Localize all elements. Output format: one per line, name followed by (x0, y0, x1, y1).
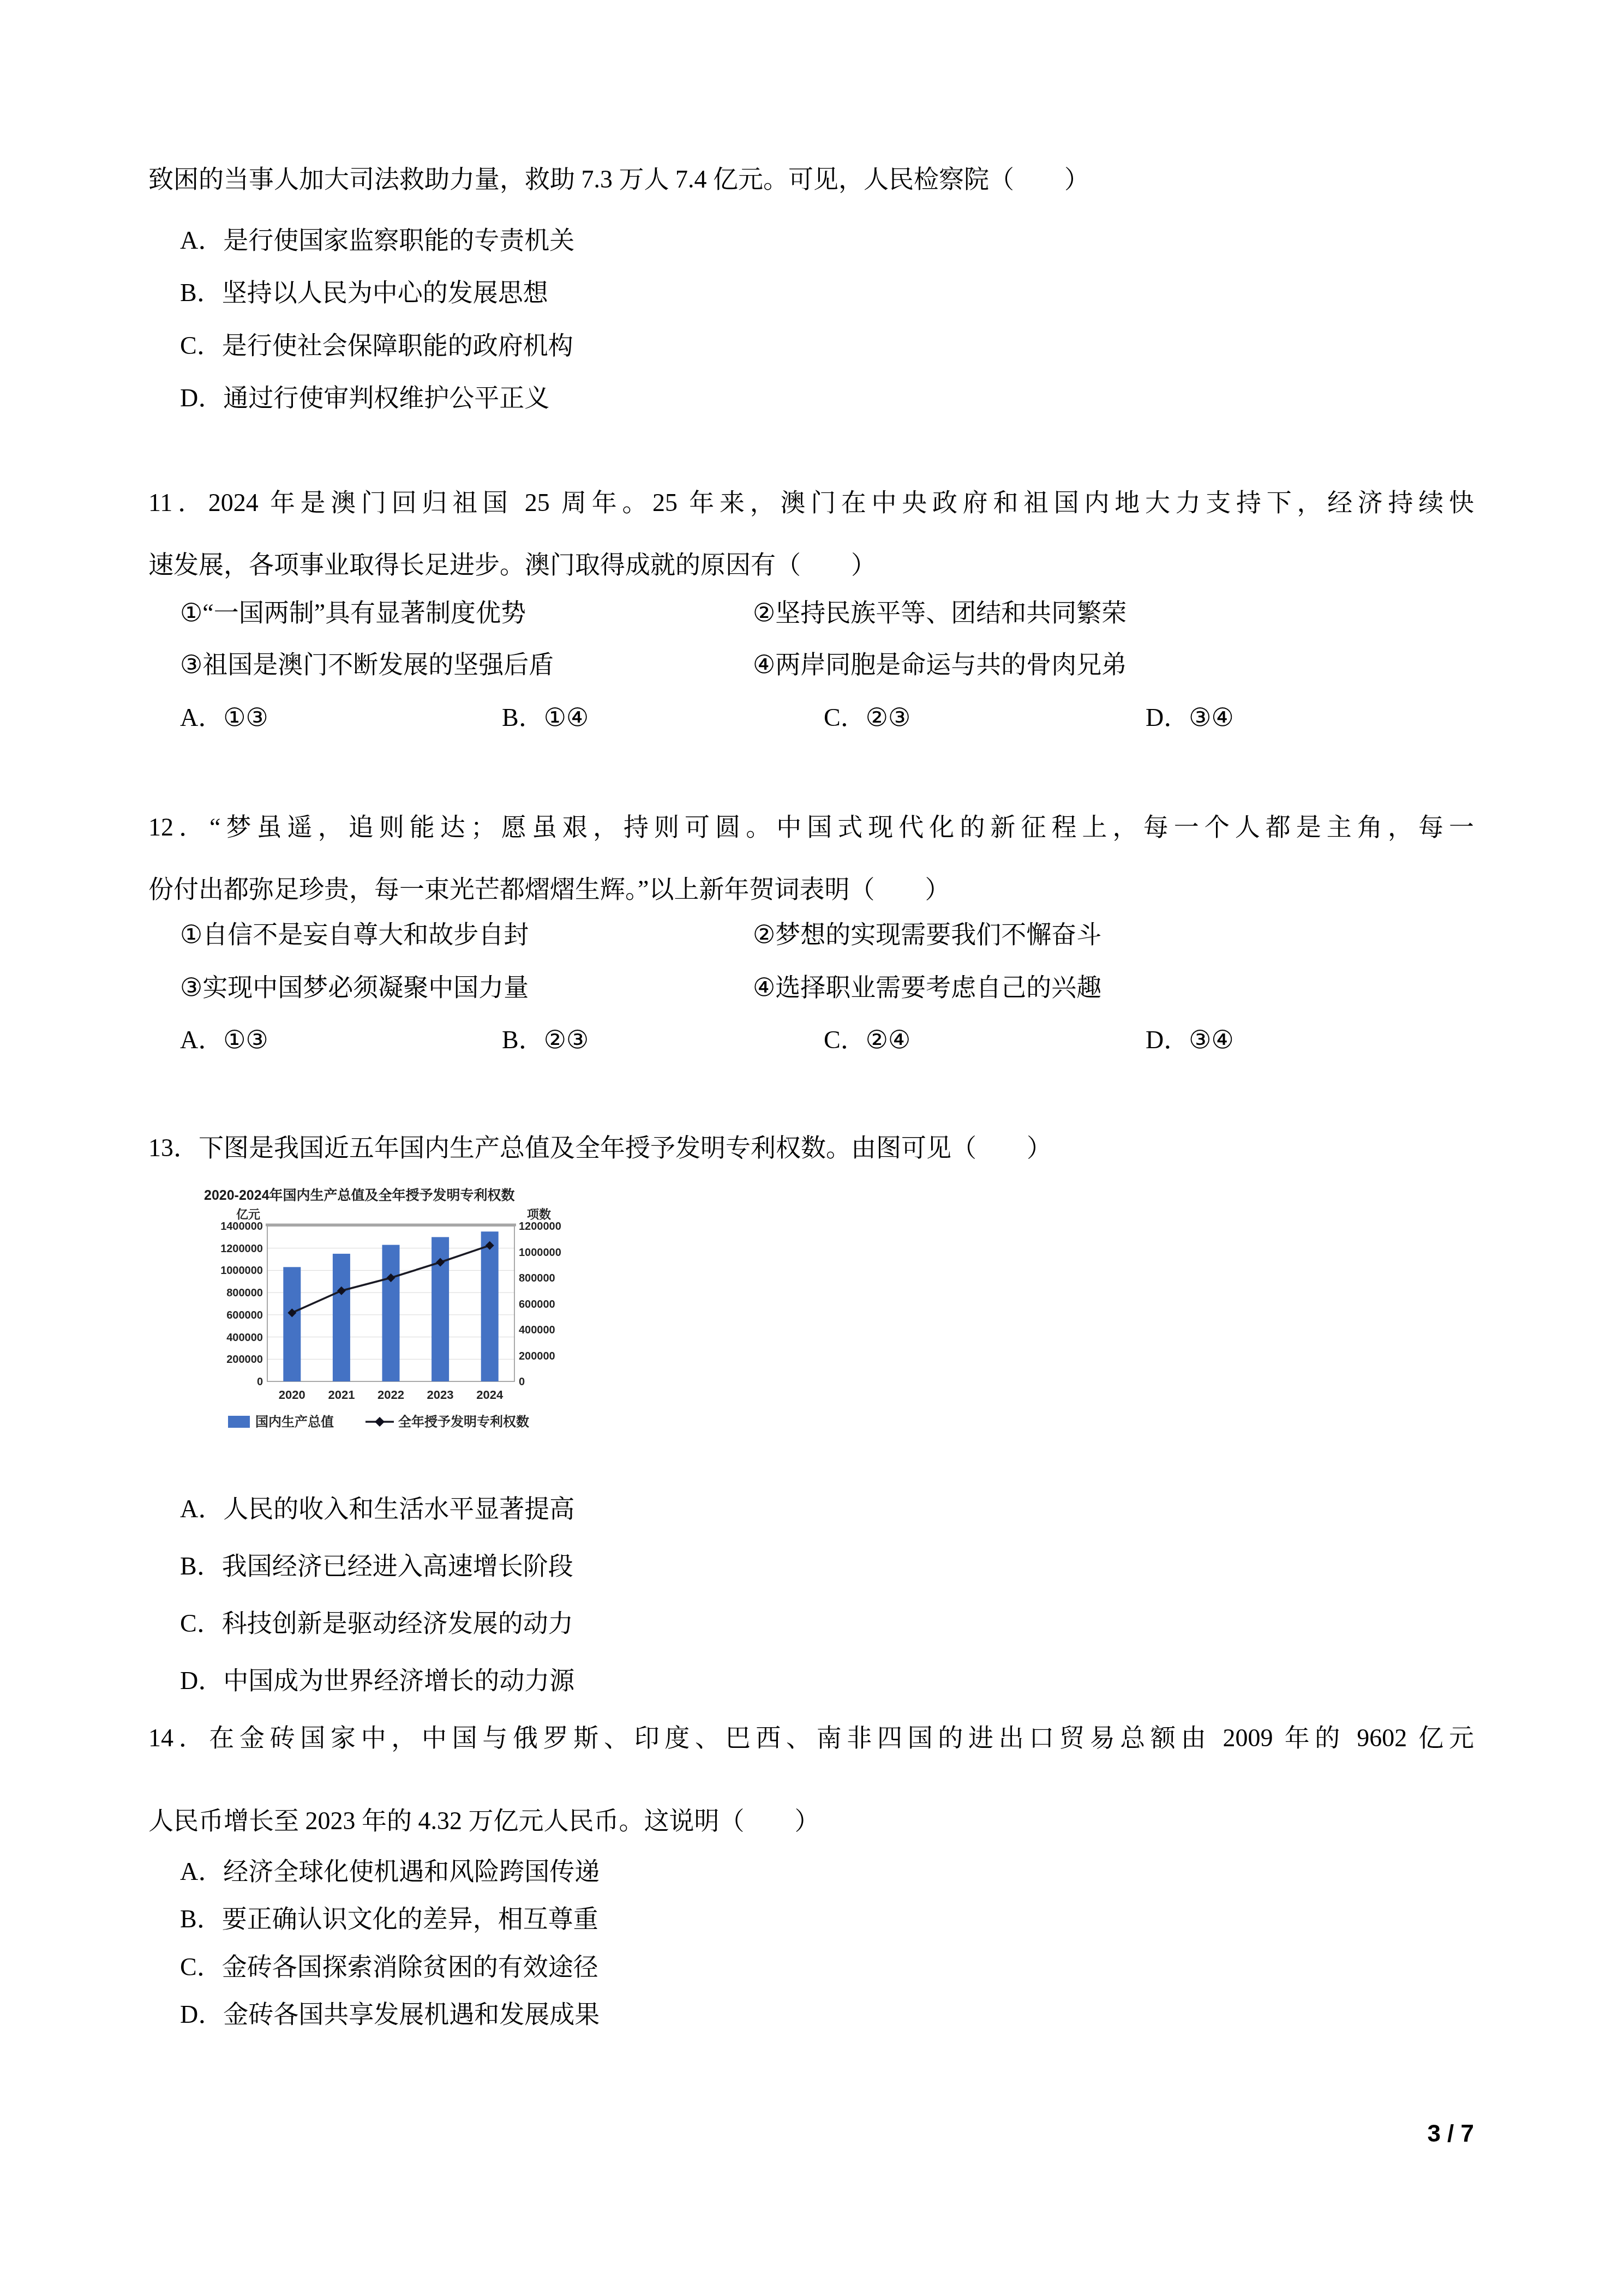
svg-text:400000: 400000 (519, 1324, 555, 1336)
q13-option-b: B．我国经济已经进入高速增长阶段 (180, 1550, 1473, 1582)
svg-text:国内生产总值: 国内生产总值 (255, 1414, 334, 1429)
q14-option-a: A．经济全球化使机遇和风险跨国传递 (180, 1856, 1473, 1888)
q10-option-c: C．是行使社会保障职能的政府机构 (180, 330, 1473, 362)
page-number: 3 / 7 (148, 2120, 1474, 2148)
svg-text:1000000: 1000000 (220, 1265, 263, 1277)
q12-stem-line2: 份付出都弥足珍贵，每一束光芒都熠熠生辉。”以上新年贺词表明（ ） (148, 874, 1474, 905)
q12-choice-c: C．②④ (824, 1024, 910, 1056)
q12-item-4: ④选择职业需要考虑自己的兴趣 (753, 972, 1101, 1003)
q11-stem-line1: 11．2024 年是澳门回归祖国 25 周年。25 年来，澳门在中央政府和祖国内… (148, 487, 1474, 519)
svg-text:400000: 400000 (226, 1332, 263, 1344)
q11-choice-a: A．①③ (180, 702, 268, 734)
svg-text:800000: 800000 (519, 1272, 555, 1284)
q11-item-2: ②坚持民族平等、团结和共同繁荣 (753, 597, 1126, 629)
q13-option-c: C．科技创新是驱动经济发展的动力 (180, 1608, 1473, 1639)
q11-items-row1: ①“一国两制”具有显著制度优势 ②坚持民族平等、团结和共同繁荣 (180, 597, 1473, 629)
q13-option-a: A．人民的收入和生活水平显著提高 (180, 1493, 1473, 1525)
q10-option-a: A．是行使国家监察职能的专责机关 (180, 225, 1473, 256)
q11-stem-line2: 速发展，各项事业取得长足进步。澳门取得成就的原因有（ ） (148, 549, 1474, 581)
q10-option-d: D．通过行使审判权维护公平正义 (180, 382, 1473, 414)
q14-option-c: C．金砖各国探索消除贫困的有效途径 (180, 1951, 1473, 1983)
q10-stem-continuation: 致困的当事人加大司法救助力量，救助 7.3 万人 7.4 亿元。可见，人民检察院… (148, 164, 1474, 195)
q12-item-2: ②梦想的实现需要我们不懈奋斗 (753, 919, 1101, 951)
svg-text:1200000: 1200000 (519, 1221, 561, 1233)
q11-choice-c: C．②③ (824, 702, 910, 734)
svg-text:2024: 2024 (476, 1388, 504, 1402)
q12-stem-line1: 12．“梦虽遥，追则能达；愿虽艰，持则可圆。中国式现代化的新征程上，每一个人都是… (148, 812, 1474, 843)
gdp-patent-chart: 0200000400000600000800000100000012000001… (202, 1183, 584, 1432)
svg-text:1400000: 1400000 (220, 1221, 263, 1233)
q11-item-4: ④两岸同胞是命运与共的骨肉兄弟 (753, 649, 1126, 681)
q14-stem-line2: 人民币增长至 2023 年的 4.32 万亿元人民币。这说明（ ） (148, 1805, 1474, 1837)
q12-choice-a: A．①③ (180, 1024, 268, 1056)
q14-option-d: D．金砖各国共享发展机遇和发展成果 (180, 1999, 1473, 2030)
q12-item-3: ③实现中国梦必须凝聚中国力量 (180, 973, 529, 1001)
q14-option-b: B．要正确认识文化的差异，相互尊重 (180, 1903, 1473, 1935)
svg-text:0: 0 (257, 1376, 263, 1388)
q12-items-row2: ③实现中国梦必须凝聚中国力量 ④选择职业需要考虑自己的兴趣 (180, 972, 1473, 1003)
q13-option-d: D．中国成为世界经济增长的动力源 (180, 1665, 1473, 1697)
exam-paper-page: 致困的当事人加大司法救助力量，救助 7.3 万人 7.4 亿元。可见，人民检察院… (0, 0, 1624, 2296)
q11-item-3: ③祖国是澳门不断发展的坚强后盾 (180, 651, 554, 678)
q12-choice-b: B．②③ (502, 1024, 589, 1056)
svg-text:600000: 600000 (519, 1299, 555, 1311)
svg-text:项数: 项数 (527, 1207, 551, 1221)
svg-text:亿元: 亿元 (236, 1207, 260, 1221)
svg-text:1200000: 1200000 (220, 1243, 263, 1255)
svg-text:全年授予发明专利权数: 全年授予发明专利权数 (398, 1414, 529, 1429)
svg-text:2023: 2023 (427, 1388, 454, 1402)
q11-item-1: ①“一国两制”具有显著制度优势 (180, 599, 526, 627)
svg-text:200000: 200000 (226, 1354, 263, 1366)
svg-text:200000: 200000 (519, 1350, 555, 1362)
svg-text:2020: 2020 (279, 1388, 305, 1402)
gdp-patent-chart-svg: 0200000400000600000800000100000012000001… (202, 1183, 584, 1432)
q13-stem: 13．下图是我国近五年国内生产总值及全年授予发明专利权数。由图可见（ ） (148, 1132, 1474, 1164)
svg-text:1000000: 1000000 (519, 1247, 561, 1259)
q11-items-row2: ③祖国是澳门不断发展的坚强后盾 ④两岸同胞是命运与共的骨肉兄弟 (180, 649, 1473, 681)
svg-text:2021: 2021 (328, 1388, 355, 1402)
svg-text:600000: 600000 (226, 1309, 263, 1321)
q10-option-b: B．坚持以人民为中心的发展思想 (180, 277, 1473, 309)
svg-text:2020-2024年国内生产总值及全年授予发明专利权数: 2020-2024年国内生产总值及全年授予发明专利权数 (204, 1187, 515, 1203)
q14-stem-line1: 14．在金砖国家中，中国与俄罗斯、印度、巴西、南非四国的进出口贸易总额由 200… (148, 1722, 1474, 1754)
svg-text:2022: 2022 (377, 1388, 404, 1402)
svg-text:0: 0 (519, 1376, 525, 1388)
q12-choice-d: D．③④ (1146, 1024, 1234, 1056)
q12-item-1: ①自信不是妄自尊大和故步自封 (180, 921, 529, 948)
q11-choice-d: D．③④ (1146, 702, 1234, 734)
q11-choice-b: B．①④ (502, 702, 589, 734)
q12-items-row1: ①自信不是妄自尊大和故步自封 ②梦想的实现需要我们不懈奋斗 (180, 919, 1473, 951)
svg-text:800000: 800000 (226, 1287, 263, 1299)
